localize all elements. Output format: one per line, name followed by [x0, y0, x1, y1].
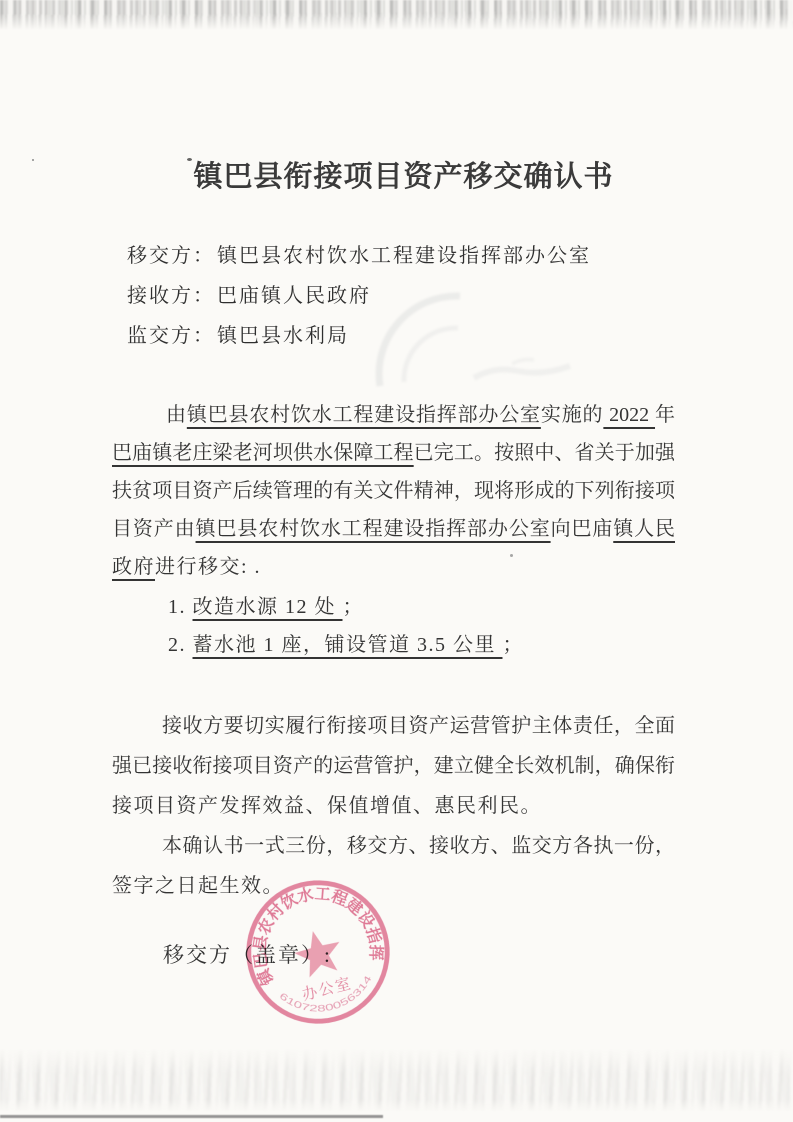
- text-line: 目资产由镇巴县农村饮水工程建设指挥部办公室向巴庙镇人民: [112, 510, 675, 548]
- party-label: 移交方：: [127, 245, 215, 267]
- paragraph-copies: 本确认书一式三份，移交方、接收方、监交方各执一份，自签字之日起生效。: [112, 826, 675, 906]
- text-segment: 1.: [168, 596, 193, 618]
- text-line: 政府进行移交: .: [112, 548, 675, 586]
- underlined-text: 巴庙镇老庄梁老河坝供水保障工程: [112, 442, 414, 464]
- text-segment: 实施的: [541, 404, 603, 426]
- text-segment: ；: [503, 634, 525, 656]
- text-line: 巴庙镇老庄梁老河坝供水保障工程已完工。按照中、省关于加强: [112, 434, 675, 472]
- party-value: 镇巴县水利局: [217, 325, 349, 347]
- text-line: 本确认书一式三份，移交方、接收方、监交方各执一份，自: [112, 826, 675, 866]
- asset-list: 1. 改造水源 12 处 ；2. 蓄水池 1 座，铺设管道 3.5 公里 ；: [112, 588, 675, 664]
- text-segment: 已完工。按照中、省关于加强: [414, 442, 675, 464]
- underlined-text: 镇巴县农村饮水工程建设指挥部办公室: [196, 518, 551, 540]
- text-segment: 向巴庙: [551, 518, 614, 540]
- underlined-text: 2022: [603, 404, 655, 426]
- document-title: 镇巴县衔接项目资产移交确认书: [0, 156, 793, 198]
- scan-noise-top: [0, 0, 793, 30]
- underlined-text: 改造水源 12 处: [193, 596, 343, 618]
- paragraph-project-transfer: 由镇巴县农村饮水工程建设指挥部办公室实施的 2022 年度巴庙镇老庄梁老河坝供水…: [112, 396, 675, 586]
- text-line: 扶贫项目资产后续管理的有关文件精神，现将形成的下列衔接项: [112, 472, 675, 510]
- text-line: 2. 蓄水池 1 座，铺设管道 3.5 公里 ；: [112, 626, 675, 664]
- text-segment: 接项目资产发挥效益、保值增值、惠民利民。: [112, 795, 542, 817]
- text-segment: ；: [343, 596, 365, 618]
- party-row-transferor: 移交方：镇巴县农村饮水工程建设指挥部办公室: [127, 236, 591, 276]
- text-segment: 接收方要切实履行衔接项目资产运营管护主体责任，全面加: [112, 715, 675, 746]
- party-value: 镇巴县农村饮水工程建设指挥部办公室: [217, 245, 591, 267]
- text-segment: 2.: [168, 634, 193, 656]
- star-icon: [290, 926, 346, 980]
- scan-artifact-line: [0, 1115, 383, 1118]
- text-line: 1. 改造水源 12 处 ；: [112, 588, 675, 626]
- text-segment: 目资产由: [112, 518, 196, 540]
- text-line: 接项目资产发挥效益、保值增值、惠民利民。: [112, 786, 675, 826]
- text-line: 签字之日起生效。: [112, 866, 675, 906]
- party-label: 监交方：: [127, 325, 215, 347]
- text-segment: 本确认书一式三份，移交方、接收方、监交方各执一份，自: [112, 835, 675, 866]
- party-row-supervisor: 监交方：镇巴县水利局: [127, 316, 591, 356]
- text-line: 强已接收衔接项目资产的运营管护，建立健全长效机制，确保衔: [112, 746, 675, 786]
- scan-noise-bottom: [0, 1048, 793, 1112]
- text-segment: 由: [166, 404, 187, 426]
- text-segment: 扶贫项目资产后续管理的有关文件精神，现将形成的下列衔接项: [112, 480, 675, 502]
- underlined-text: 政府: [112, 556, 155, 578]
- text-segment: 强已接收衔接项目资产的运营管护，建立健全长效机制，确保衔: [112, 755, 675, 777]
- parties-block: 移交方：镇巴县农村饮水工程建设指挥部办公室 接收方：巴庙镇人民政府 监交方：镇巴…: [127, 236, 591, 356]
- party-value: 巴庙镇人民政府: [217, 285, 371, 307]
- paragraph-responsibilities: 接收方要切实履行衔接项目资产运营管护主体责任，全面加强已接收衔接项目资产的运营管…: [112, 706, 675, 826]
- underlined-text: 镇巴县农村饮水工程建设指挥部办公室: [187, 404, 541, 426]
- underlined-text: 镇人民: [613, 518, 675, 540]
- text-segment: 进行移交: .: [155, 556, 261, 578]
- text-line: 由镇巴县农村饮水工程建设指挥部办公室实施的 2022 年度: [112, 396, 675, 434]
- party-label: 接收方：: [127, 285, 215, 307]
- text-line: 接收方要切实履行衔接项目资产运营管护主体责任，全面加: [112, 706, 675, 746]
- scanned-document-page: 镇巴县衔接项目资产移交确认书 移交方：镇巴县农村饮水工程建设指挥部办公室 接收方…: [0, 0, 793, 1122]
- underlined-text: 蓄水池 1 座，铺设管道 3.5 公里: [193, 634, 503, 656]
- party-row-receiver: 接收方：巴庙镇人民政府: [127, 276, 591, 316]
